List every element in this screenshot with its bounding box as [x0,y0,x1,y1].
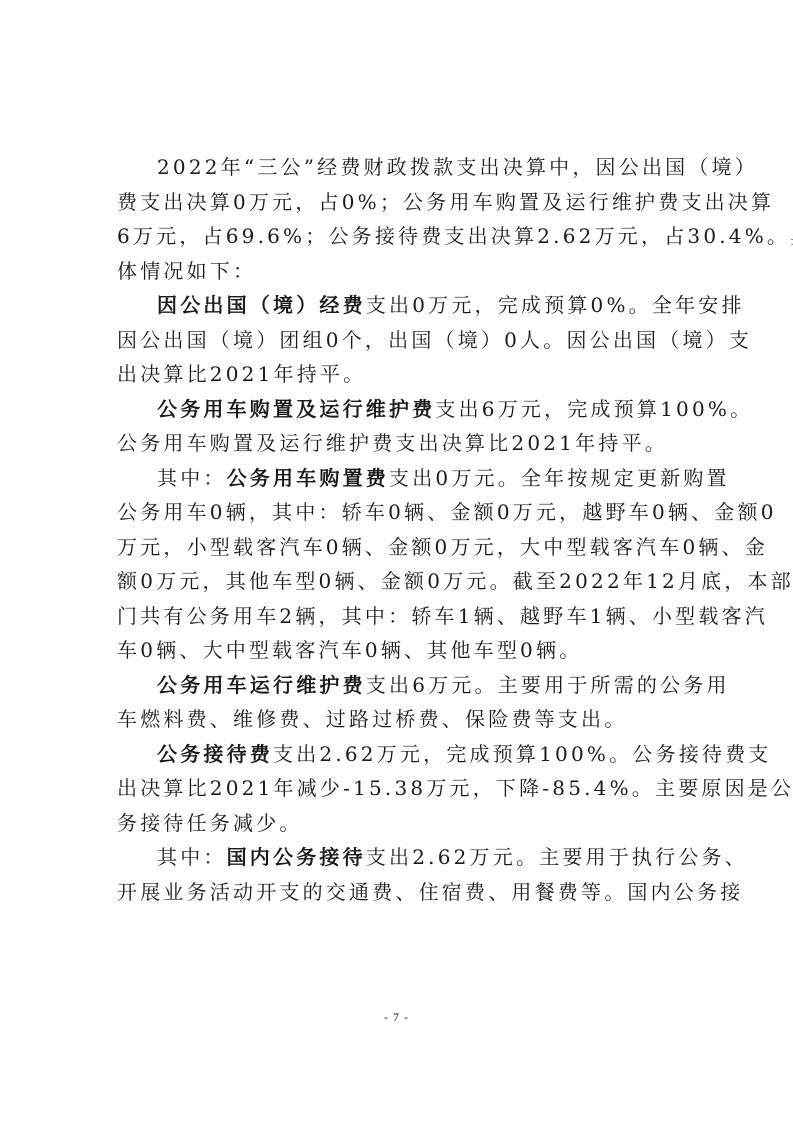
bold-heading-text: 因公出国（境）经费 [157,293,366,317]
body-text: 支出0万元。全年按规定更新购置 [389,466,730,490]
bold-heading-text: 公务接待费 [157,742,273,766]
text-line: 公务用车0辆，其中：轿车0辆、金额0万元，越野车0辆、金额0 [117,495,683,530]
text-line: 门共有公务用车2辆，其中：轿车1辆、越野车1辆、小型载客汽 [117,599,683,634]
body-text: 其中： [157,845,227,869]
text-line: 公务用车购置及运行维护费支出6万元，完成预算100%。 [117,392,683,427]
bold-heading-text: 国内公务接待 [227,845,366,869]
text-line: 因公出国（境）经费支出0万元，完成预算0%。全年安排 [117,288,683,323]
body-text: 体情况如下： [117,259,256,283]
bold-heading-text: 公务用车运行维护费 [157,673,366,697]
body-text: 门共有公务用车2辆，其中：轿车1辆、越野车1辆、小型载客汽 [117,604,768,628]
body-text: 出决算比2021年减少-15.38万元，下降-85.4%。主要原因是公 [117,776,793,800]
body-text: 公务用车购置及运行维护费支出决算比2021年持平。 [117,431,668,455]
body-text: 其中： [157,466,227,490]
body-text: 车0辆、大中型载客汽车0辆、其他车型0辆。 [117,638,582,662]
paragraph: 公务用车运行维护费支出6万元。主要用于所需的公务用车燃料费、维修费、过路过桥费、… [117,668,683,737]
body-text: 因公出国（境）团组0个，出国（境）0人。因公出国（境）支 [117,328,752,352]
text-line: 公务用车购置及运行维护费支出决算比2021年持平。 [117,426,683,461]
bold-heading-text: 公务用车购置费 [227,466,389,490]
text-line: 车0辆、大中型载客汽车0辆、其他车型0辆。 [117,633,683,668]
paragraph: 其中：公务用车购置费支出0万元。全年按规定更新购置公务用车0辆，其中：轿车0辆、… [117,461,683,668]
paragraph: 2022年“三公”经费财政拨款支出决算中，因公出国（境）费支出决算0万元，占0%… [117,150,683,288]
text-line: 万元，小型载客汽车0辆、金额0万元，大中型载客汽车0辆、金 [117,530,683,565]
body-text: 支出6万元，完成预算100%。 [435,397,753,421]
paragraph: 其中：国内公务接待支出2.62万元。主要用于执行公务、开展业务活动开支的交通费、… [117,840,683,909]
body-text: 支出6万元。主要用于所需的公务用 [366,673,730,697]
body-text: 车燃料费、维修费、过路过桥费、保险费等支出。 [117,707,627,731]
paragraph: 因公出国（境）经费支出0万元，完成预算0%。全年安排因公出国（境）团组0个，出国… [117,288,683,392]
document-body: 2022年“三公”经费财政拨款支出决算中，因公出国（境）费支出决算0万元，占0%… [117,150,683,909]
text-line: 其中：国内公务接待支出2.62万元。主要用于执行公务、 [117,840,683,875]
text-line: 费支出决算0万元，占0%；公务用车购置及运行维护费支出决算 [117,185,683,220]
text-line: 额0万元，其他车型0辆、金额0万元。截至2022年12月底，本部 [117,564,683,599]
bold-heading-text: 公务用车购置及运行维护费 [157,397,435,421]
body-text: 支出0万元，完成预算0%。全年安排 [366,293,745,317]
text-line: 车燃料费、维修费、过路过桥费、保险费等支出。 [117,702,683,737]
text-line: 2022年“三公”经费财政拨款支出决算中，因公出国（境） [117,150,683,185]
body-text: 开展业务活动开支的交通费、住宿费、用餐费等。国内公务接 [117,880,743,904]
text-line: 因公出国（境）团组0个，出国（境）0人。因公出国（境）支 [117,323,683,358]
body-text: 公务用车0辆，其中：轿车0辆、金额0万元，越野车0辆、金额0 [117,500,777,524]
paragraph: 公务接待费支出2.62万元，完成预算100%。公务接待费支出决算比2021年减少… [117,737,683,841]
body-text: 支出2.62万元，完成预算100%。公务接待费支 [273,742,772,766]
text-line: 公务用车运行维护费支出6万元。主要用于所需的公务用 [117,668,683,703]
text-line: 其中：公务用车购置费支出0万元。全年按规定更新购置 [117,461,683,496]
paragraph: 公务用车购置及运行维护费支出6万元，完成预算100%。公务用车购置及运行维护费支… [117,392,683,461]
body-text: 万元，小型载客汽车0辆、金额0万元，大中型载客汽车0辆、金 [117,535,768,559]
text-line: 公务接待费支出2.62万元，完成预算100%。公务接待费支 [117,737,683,772]
page-number: - 7 - [0,1010,793,1025]
text-line: 6万元，占69.6%；公务接待费支出决算2.62万元，占30.4%。具 [117,219,683,254]
text-line: 务接待任务减少。 [117,806,683,841]
text-line: 出决算比2021年减少-15.38万元，下降-85.4%。主要原因是公 [117,771,683,806]
text-line: 体情况如下： [117,254,683,289]
text-line: 出决算比2021年持平。 [117,357,683,392]
body-text: 出决算比2021年持平。 [117,362,366,386]
body-text: 6万元，占69.6%；公务接待费支出决算2.62万元，占30.4%。具 [117,224,793,248]
text-line: 开展业务活动开支的交通费、住宿费、用餐费等。国内公务接 [117,875,683,910]
body-text: 额0万元，其他车型0辆、金额0万元。截至2022年12月底，本部 [117,569,793,593]
body-text: 支出2.62万元。主要用于执行公务、 [366,845,748,869]
body-text: 费支出决算0万元，占0%；公务用车购置及运行维护费支出决算 [117,190,774,214]
body-text: 务接待任务减少。 [117,811,303,835]
body-text: 2022年“三公”经费财政拨款支出决算中，因公出国（境） [157,155,758,179]
document-page: 2022年“三公”经费财政拨款支出决算中，因公出国（境）费支出决算0万元，占0%… [0,0,793,1122]
